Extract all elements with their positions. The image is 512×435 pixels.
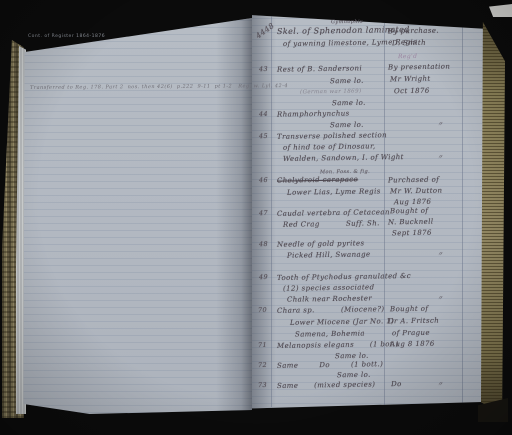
entry-number: 71 xyxy=(258,342,267,349)
left-gutter-shadow xyxy=(216,14,252,414)
entry-text: Same lo. xyxy=(330,78,364,86)
register-photo: Cont. of Register 1864-1876 Transferred … xyxy=(0,0,512,435)
pencil-note: (German war 1869) xyxy=(300,89,362,96)
entry-text: Red Crag Suff. Sh. xyxy=(283,220,380,229)
entry-number: 43 xyxy=(259,66,268,73)
left-page xyxy=(20,14,252,414)
ditto-mark: 〃 xyxy=(437,252,444,259)
acquisition-text: Purchased of xyxy=(388,177,439,185)
entry-text: Picked Hill, Swanage xyxy=(287,251,371,260)
acquisition-text: Aug 8 1876 xyxy=(390,341,435,349)
entry-number: 49 xyxy=(259,274,268,281)
right-fore-edge xyxy=(481,22,505,414)
margin-column-rule xyxy=(271,15,272,407)
acquisition-text: By purchase. xyxy=(388,28,439,36)
entry-text: Lower Miocene (Jar No. 1) xyxy=(290,318,394,327)
acquisition-text: Bought of xyxy=(390,306,428,314)
entry-text: Needle of gold pyrites xyxy=(277,240,365,249)
acquisition-text: Mr W. Dutton xyxy=(390,188,443,197)
entry-text: of hind toe of Dinosaur, xyxy=(283,143,376,152)
entry-number: 47 xyxy=(259,210,268,217)
entry-text: Chalk near Rochester xyxy=(287,295,372,304)
entry-number: 73 xyxy=(258,382,267,389)
acquisition-text: Dr A. Fritsch xyxy=(388,318,439,326)
insert-note: Gymnophis xyxy=(331,20,363,26)
ditto-mark: 〃 xyxy=(437,382,444,389)
entry-number: 44 xyxy=(259,111,268,118)
entry-text: Same lo. xyxy=(337,372,371,380)
entry-text: (12) species associated xyxy=(283,284,375,293)
entry-number: 46 xyxy=(259,177,268,184)
acquisition-text: of Prague xyxy=(392,330,430,338)
entry-text: Lower Lias, Lyme Regis xyxy=(287,188,381,197)
entry-text: Samena, Bohemia xyxy=(295,330,365,339)
right-column-rule xyxy=(462,15,463,407)
pencil-registration-mark: Reg'd xyxy=(398,54,418,61)
acquisition-text: N. Bucknell xyxy=(388,219,434,227)
acquisition-text: Sept 1876 xyxy=(392,230,432,238)
entry-number: 48 xyxy=(259,241,268,248)
entry-number: 70 xyxy=(258,307,267,314)
acquisition-text: Oct 1876 xyxy=(394,88,430,96)
entry-number: 45 xyxy=(259,133,268,140)
ditto-mark: 〃 xyxy=(437,296,444,303)
insert-note: Mon. Foss. & fig. xyxy=(320,170,370,176)
entry-number: 72 xyxy=(258,362,267,369)
entry-text: Same lo. xyxy=(330,122,364,130)
ditto-mark: 〃 xyxy=(437,155,444,162)
entry-text-struck: Chelydroid carapace xyxy=(277,176,358,185)
acquisition-text: Bought of xyxy=(390,208,428,216)
acquisition-text: D. Smith xyxy=(392,40,426,48)
acquisition-text: Mr Wright xyxy=(390,76,431,84)
acquisition-text: By presentation xyxy=(388,64,450,73)
register-stamp: Cont. of Register 1864-1876 xyxy=(28,34,105,39)
entry-text: Same lo. xyxy=(332,100,366,108)
ditto-mark: 〃 xyxy=(437,122,444,129)
entry-text: Rhamphorhynchus xyxy=(277,110,350,119)
entry-text: Rest of B. Sandersoni xyxy=(277,65,362,74)
background-notch xyxy=(489,4,512,17)
